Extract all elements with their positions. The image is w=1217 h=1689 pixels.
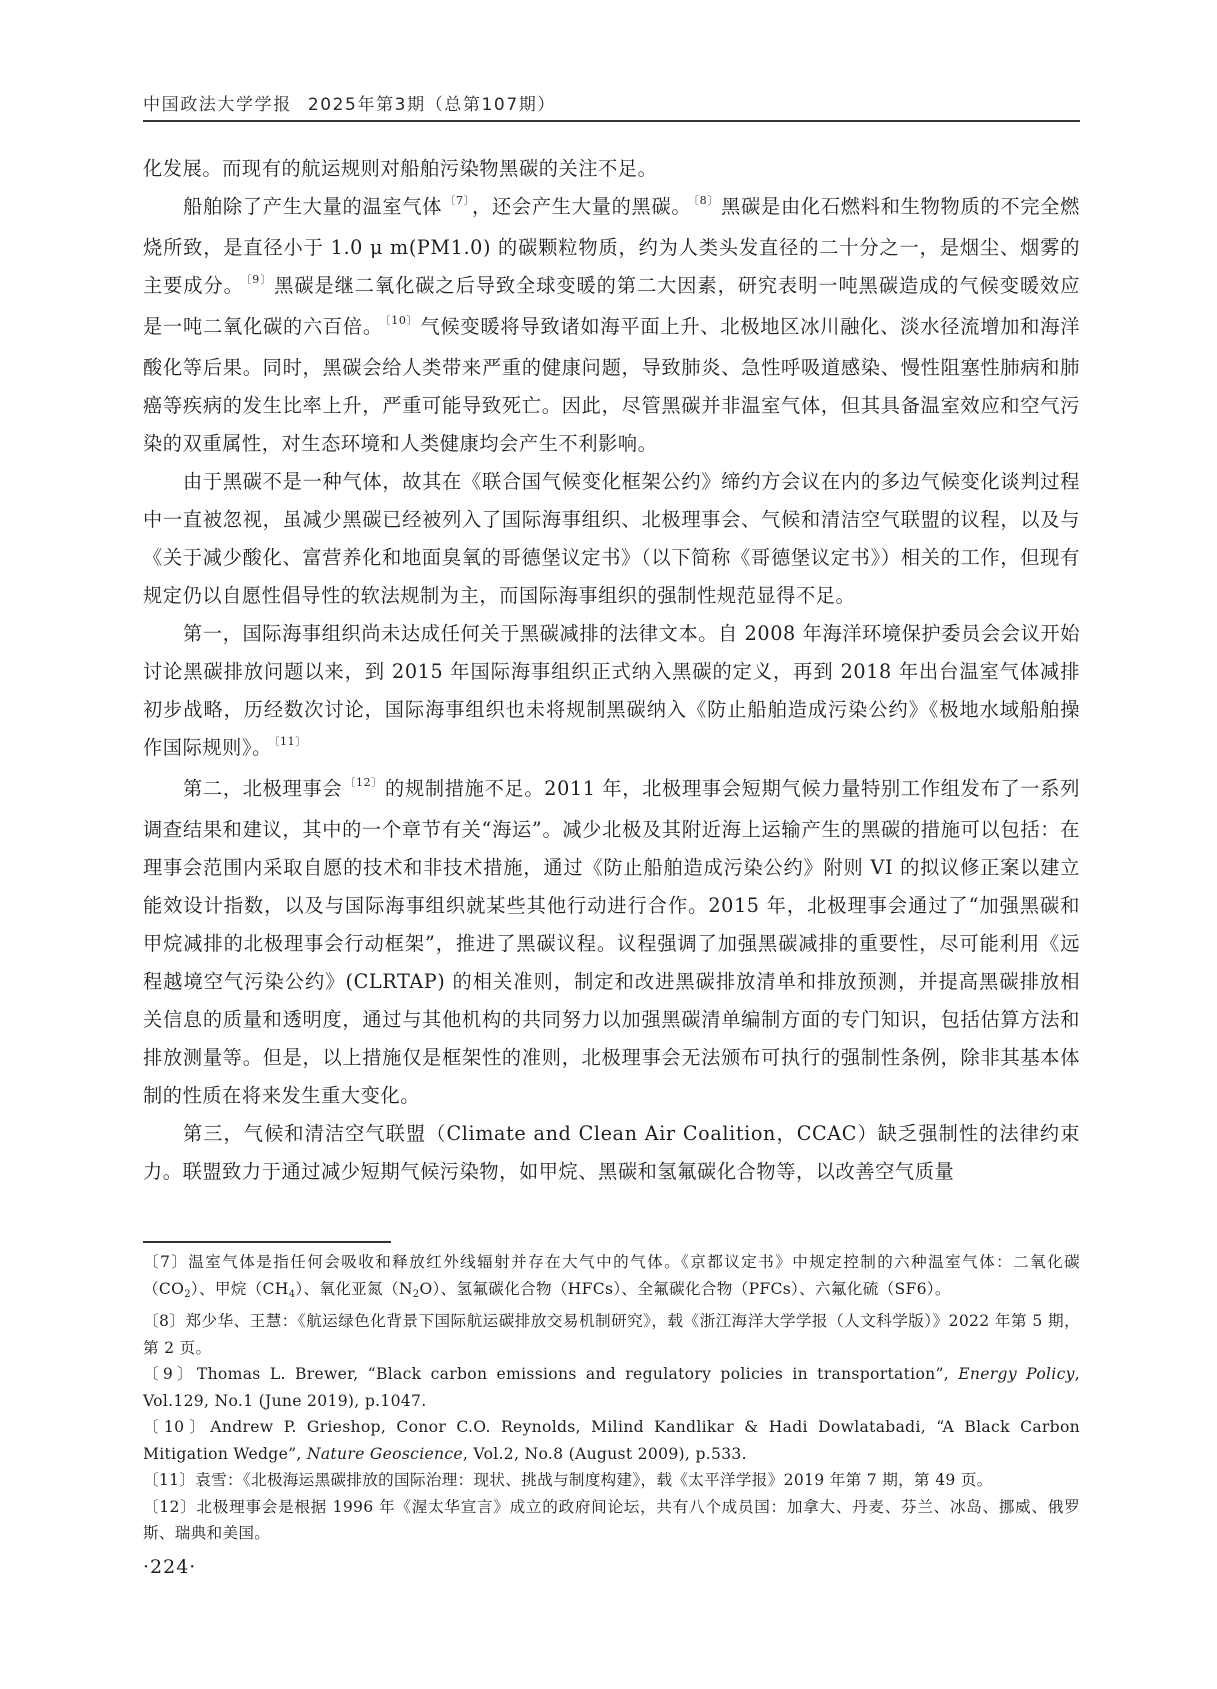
footnote-11: 〔11〕袁雪：《北极海运黑碳排放的国际治理：现状、挑战与制度构建》，载《太平洋学…: [143, 1467, 1080, 1494]
footnote-9: 〔9〕Thomas L. Brewer, “Black carbon emiss…: [143, 1361, 1080, 1414]
page-number: ·224·: [143, 1556, 196, 1578]
footnote-rule: [143, 1241, 391, 1243]
footnote-7: 〔7〕温室气体是指任何会吸收和释放红外线辐射并存在大气中的气体。《京都议定书》中…: [143, 1249, 1080, 1308]
footnote-8: 〔8〕郑少华、王慧：《航运绿色化背景下国际航运碳排放交易机制研究》，载《浙江海洋…: [143, 1308, 1080, 1361]
footnote-ref-12[interactable]: 〔12〕: [344, 776, 383, 789]
issue-info: 2025年第3期（总第107期）: [308, 95, 556, 115]
footnote-ref-7[interactable]: 〔7〕: [444, 194, 470, 207]
paragraph-black-carbon-intro: 船舶除了产生大量的温室气体〔7〕，还会产生大量的黑碳。〔8〕黑碳是由化石燃料和生…: [143, 188, 1080, 463]
journal-title: 中国政法大学学报: [143, 95, 292, 115]
footnote-ref-8[interactable]: 〔8〕: [693, 194, 719, 207]
footnote-ref-10[interactable]: 〔10〕: [385, 314, 419, 327]
running-head: 中国政法大学学报2025年第3期（总第107期）: [143, 90, 556, 115]
body-text: 化发展。而现有的航运规则对船舶污染物黑碳的关注不足。 船舶除了产生大量的温室气体…: [143, 150, 1080, 1191]
paragraph-second-point: 第二，北极理事会〔12〕的规制措施不足。2011 年，北极理事会短期气候力量特别…: [143, 770, 1080, 1115]
footnote-ref-11[interactable]: 〔11〕: [274, 735, 307, 748]
footnote-10: 〔10〕Andrew P. Grieshop, Conor C.O. Reyno…: [143, 1414, 1080, 1467]
paragraph-first-point: 第一，国际海事组织尚未达成任何关于黑碳减排的法律文本。自 2008 年海洋环境保…: [143, 615, 1080, 770]
header-rule: [143, 120, 1080, 122]
footnote-12: 〔12〕北极理事会是根据 1996 年《渥太华宣言》成立的政府间论坛，共有八个成…: [143, 1494, 1080, 1547]
footnote-ref-9[interactable]: 〔9〕: [246, 273, 272, 286]
paragraph-third-point: 第三，气候和清洁空气联盟（Climate and Clean Air Coali…: [143, 1115, 1080, 1191]
paragraph-continuation: 化发展。而现有的航运规则对船舶污染物黑碳的关注不足。: [143, 150, 1080, 188]
paragraph-neglect: 由于黑碳不是一种气体，故其在《联合国气候变化框架公约》缔约方会议在内的多边气候变…: [143, 463, 1080, 615]
footnotes: 〔7〕温室气体是指任何会吸收和释放红外线辐射并存在大气中的气体。《京都议定书》中…: [143, 1249, 1080, 1547]
